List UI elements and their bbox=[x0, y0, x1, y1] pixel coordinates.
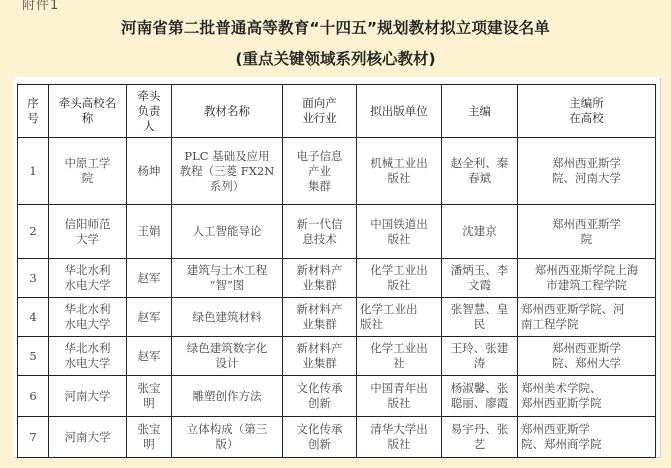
cell-text-line: 创新 bbox=[286, 396, 353, 411]
cell-text-line: 新材料产 bbox=[286, 341, 353, 356]
cell-industry: 新材料产业集群 bbox=[283, 259, 357, 298]
cell-text-line: 立体构成（第三 bbox=[175, 422, 279, 437]
header-text-line: 负责 bbox=[130, 104, 168, 119]
cell-chief-editor: 杨淑馨、张聪丽、廖霞 bbox=[442, 376, 518, 417]
cell-text-line: 明 bbox=[130, 437, 168, 452]
cell-lead-university: 信阳师范大学 bbox=[49, 205, 127, 259]
cell-text-line: 春斌 bbox=[445, 171, 514, 186]
cell-text-line: 中国青年出 bbox=[360, 381, 438, 396]
cell-text-line: 河南大学 bbox=[52, 389, 123, 404]
cell-lead-person: 赵军 bbox=[127, 298, 172, 337]
cell-industry: 新材料产业集群 bbox=[283, 337, 357, 376]
cell-text-line: 明 bbox=[130, 396, 168, 411]
cell-editor-school: 郑州西亚斯学院 bbox=[518, 205, 656, 259]
cell-text-line: 绿色建筑数字化 bbox=[175, 341, 279, 356]
cell-lead-person: 赵军 bbox=[127, 259, 172, 298]
cell-text-line: 杨坤 bbox=[130, 164, 168, 179]
cell-text-line: 业集群 bbox=[286, 317, 353, 332]
header-text-line: 主编 bbox=[445, 104, 514, 119]
cell-text-line: 化学工业出 bbox=[360, 263, 438, 278]
header-text-line: 牵头高校名 bbox=[52, 96, 123, 111]
cell-lead-university: 河南大学 bbox=[49, 376, 127, 417]
cell-industry: 文化传承创新 bbox=[283, 376, 357, 417]
header-no: 序号 bbox=[18, 85, 49, 138]
table-row: 7河南大学张宝明立体构成（第三版）文化传承创新清华大学出版社易宇丹、张艺郑州西亚… bbox=[18, 417, 656, 458]
header-text-line: 业行业 bbox=[286, 111, 353, 126]
cell-no: 7 bbox=[18, 417, 49, 458]
document-subtitle: (重点关键领域系列核心教材) bbox=[0, 47, 671, 69]
cell-lead-university: 河南大学 bbox=[49, 417, 127, 458]
header-publisher: 拟出版单位 bbox=[357, 85, 442, 138]
header-text-line: 序 bbox=[21, 96, 45, 111]
cell-publisher: 化学工业出社 bbox=[357, 337, 442, 376]
cell-text-line: “智”图 bbox=[175, 278, 279, 293]
textbook-project-table: 序号牵头高校名称牵头负责人教材名称面向产业行业拟出版单位主编主编所在高校 1中原… bbox=[17, 84, 656, 458]
cell-text-line: 建筑与土木工程 bbox=[175, 263, 279, 278]
cell-text-line: 院 bbox=[521, 232, 652, 247]
header-text-line: 主编所 bbox=[521, 96, 652, 111]
table-header-row: 序号牵头高校名称牵头负责人教材名称面向产业行业拟出版单位主编主编所在高校 bbox=[18, 85, 656, 138]
cell-text-line: 院 bbox=[52, 171, 123, 186]
cell-text-line: 化学工业出 bbox=[360, 302, 438, 317]
cell-text-line: 版社 bbox=[360, 396, 438, 411]
cell-editor-school: 郑州西亚斯学院、郑州商学院 bbox=[518, 417, 656, 458]
cell-text-line: 新一代信 bbox=[286, 217, 353, 232]
header-textbook-name: 教材名称 bbox=[172, 85, 283, 138]
cell-editor-school: 郑州西亚斯学院上海市建筑工程学院 bbox=[518, 259, 656, 298]
cell-text-line: 华北水利 bbox=[52, 341, 123, 356]
cell-textbook-name: 绿色建筑数字化设计 bbox=[172, 337, 283, 376]
cell-text-line: 设计 bbox=[175, 356, 279, 371]
cell-text-line: 郑州西亚斯学 bbox=[521, 217, 652, 232]
attachment-label: 附件1 bbox=[22, 0, 59, 13]
cell-text-line: 南工程学院 bbox=[521, 317, 652, 332]
cell-text-line: 涛 bbox=[445, 356, 514, 371]
table-row: 5华北水利水电大学赵军绿色建筑数字化设计新材料产业集群化学工业出社王玲、张建涛郑… bbox=[18, 337, 656, 376]
cell-text-line: 化学工业出 bbox=[360, 341, 438, 356]
cell-text-line: 文霞 bbox=[445, 278, 514, 293]
cell-lead-person: 杨坤 bbox=[127, 138, 172, 205]
header-editor-school: 主编所在高校 bbox=[518, 85, 656, 138]
cell-text-line: 华北水利 bbox=[52, 302, 123, 317]
cell-industry: 电子信息产业集群 bbox=[283, 138, 357, 205]
cell-text-line: 版社 bbox=[360, 278, 438, 293]
cell-text-line: 水电大学 bbox=[52, 356, 123, 371]
cell-text-line: 郑州西亚斯学 bbox=[521, 156, 652, 171]
cell-industry: 新一代信息技术 bbox=[283, 205, 357, 259]
cell-text-line: 人工智能导论 bbox=[175, 224, 279, 239]
cell-textbook-name: 雕塑创作方法 bbox=[172, 376, 283, 417]
cell-text-line: 艺 bbox=[445, 437, 514, 452]
cell-text-line: 水电大学 bbox=[52, 278, 123, 293]
cell-lead-person: 赵军 bbox=[127, 337, 172, 376]
cell-textbook-name: 立体构成（第三版） bbox=[172, 417, 283, 458]
cell-textbook-name: PLC 基础及应用教程（三菱 FX2N系列） bbox=[172, 138, 283, 205]
cell-chief-editor: 潘炳玉、李文霞 bbox=[442, 259, 518, 298]
cell-text-line: 郑州西亚斯学院、河 bbox=[521, 302, 652, 317]
cell-text-line: 清华大学出 bbox=[360, 422, 438, 437]
header-text-line: 称 bbox=[52, 111, 123, 126]
cell-text-line: 社 bbox=[360, 356, 438, 371]
cell-text-line: 文化传承 bbox=[286, 422, 353, 437]
cell-text-line: 集群 bbox=[286, 179, 353, 194]
cell-text-line: 张宝 bbox=[130, 422, 168, 437]
cell-publisher: 清华大学出版社 bbox=[357, 417, 442, 458]
cell-text-line: 张智慧、皇 bbox=[445, 302, 514, 317]
header-text-line: 拟出版单位 bbox=[360, 104, 438, 119]
cell-text-line: 绿色建筑材料 bbox=[175, 310, 279, 325]
header-chief-editor: 主编 bbox=[442, 85, 518, 138]
table-row: 6河南大学张宝明雕塑创作方法文化传承创新中国青年出版社杨淑馨、张聪丽、廖霞郑州美… bbox=[18, 376, 656, 417]
table-row: 1中原工学院杨坤PLC 基础及应用教程（三菱 FX2N系列）电子信息产业集群机械… bbox=[18, 138, 656, 205]
cell-chief-editor: 易宇丹、张艺 bbox=[442, 417, 518, 458]
cell-text-line: 郑州西亚斯学院 bbox=[521, 396, 652, 411]
cell-text-line: 产业 bbox=[286, 164, 353, 179]
cell-lead-university: 华北水利水电大学 bbox=[49, 337, 127, 376]
cell-text-line: 赵军 bbox=[130, 310, 168, 325]
cell-chief-editor: 赵全利、秦春斌 bbox=[442, 138, 518, 205]
cell-text-line: 院、河南大学 bbox=[521, 171, 652, 186]
cell-industry: 文化传承创新 bbox=[283, 417, 357, 458]
cell-text-line: 版社 bbox=[360, 437, 438, 452]
cell-text-line: 系列） bbox=[175, 179, 279, 194]
cell-text-line: 张宝 bbox=[130, 381, 168, 396]
cell-text-line: 文化传承 bbox=[286, 381, 353, 396]
header-lead-person: 牵头负责人 bbox=[127, 85, 172, 138]
cell-text-line: 版社 bbox=[360, 171, 438, 186]
cell-text-line: 易宇丹、张 bbox=[445, 422, 514, 437]
cell-text-line: 业集群 bbox=[286, 278, 353, 293]
cell-text-line: PLC 基础及应用 bbox=[175, 149, 279, 164]
cell-text-line: 潘炳玉、李 bbox=[445, 263, 514, 278]
cell-industry: 新材料产业集群 bbox=[283, 298, 357, 337]
cell-no: 1 bbox=[18, 138, 49, 205]
cell-text-line: 版） bbox=[175, 437, 279, 452]
header-industry: 面向产业行业 bbox=[283, 85, 357, 138]
cell-text-line: 王娟 bbox=[130, 224, 168, 239]
table-row: 3华北水利水电大学赵军建筑与土木工程“智”图新材料产业集群化学工业出版社潘炳玉、… bbox=[18, 259, 656, 298]
cell-editor-school: 郑州西亚斯学院、河南大学 bbox=[518, 138, 656, 205]
cell-textbook-name: 绿色建筑材料 bbox=[172, 298, 283, 337]
cell-text-line: 院、郑州大学 bbox=[521, 356, 652, 371]
header-text-line: 在高校 bbox=[521, 111, 652, 126]
cell-text-line: 中原工学 bbox=[52, 156, 123, 171]
cell-text-line: 业集群 bbox=[286, 356, 353, 371]
cell-text-line: 机械工业出 bbox=[360, 156, 438, 171]
header-text-line: 教材名称 bbox=[175, 104, 279, 119]
cell-chief-editor: 沈建京 bbox=[442, 205, 518, 259]
cell-text-line: 赵全利、秦 bbox=[445, 156, 514, 171]
cell-text-line: 版社 bbox=[360, 317, 438, 332]
cell-text-line: 郑州西亚斯学 bbox=[521, 341, 652, 356]
cell-text-line: 信阳师范 bbox=[52, 217, 123, 232]
cell-publisher: 中国铁道出版社 bbox=[357, 205, 442, 259]
cell-text-line: 新材料产 bbox=[286, 302, 353, 317]
cell-text-line: 电子信息 bbox=[286, 149, 353, 164]
cell-no: 2 bbox=[18, 205, 49, 259]
cell-text-line: 水电大学 bbox=[52, 317, 123, 332]
cell-text-line: 教程（三菱 FX2N bbox=[175, 164, 279, 179]
cell-editor-school: 郑州美术学院、郑州西亚斯学院 bbox=[518, 376, 656, 417]
cell-text-line: 赵军 bbox=[130, 271, 168, 286]
cell-text-line: 大学 bbox=[52, 232, 123, 247]
cell-lead-person: 张宝明 bbox=[127, 376, 172, 417]
cell-lead-person: 王娟 bbox=[127, 205, 172, 259]
cell-text-line: 赵军 bbox=[130, 349, 168, 364]
cell-text-line: 沈建京 bbox=[445, 224, 514, 239]
cell-text-line: 杨淑馨、张 bbox=[445, 381, 514, 396]
cell-text-line: 郑州美术学院、 bbox=[521, 381, 652, 396]
table-row: 4华北水利水电大学赵军绿色建筑材料新材料产业集群化学工业出版社张智慧、皇民郑州西… bbox=[18, 298, 656, 337]
cell-text-line: 新材料产 bbox=[286, 263, 353, 278]
cell-lead-university: 华北水利水电大学 bbox=[49, 259, 127, 298]
header-text-line: 面向产 bbox=[286, 96, 353, 111]
header-text-line: 人 bbox=[130, 119, 168, 134]
table-row: 2信阳师范大学王娟人工智能导论新一代信息技术中国铁道出版社沈建京郑州西亚斯学院 bbox=[18, 205, 656, 259]
cell-editor-school: 郑州西亚斯学院、郑州大学 bbox=[518, 337, 656, 376]
cell-lead-university: 华北水利水电大学 bbox=[49, 298, 127, 337]
cell-chief-editor: 王玲、张建涛 bbox=[442, 337, 518, 376]
cell-text-line: 院、郑州商学院 bbox=[521, 437, 652, 452]
cell-text-line: 雕塑创作方法 bbox=[175, 389, 279, 404]
cell-lead-person: 张宝明 bbox=[127, 417, 172, 458]
cell-no: 4 bbox=[18, 298, 49, 337]
cell-no: 3 bbox=[18, 259, 49, 298]
cell-text-line: 息技术 bbox=[286, 232, 353, 247]
cell-publisher: 中国青年出版社 bbox=[357, 376, 442, 417]
cell-text-line: 聪丽、廖霞 bbox=[445, 396, 514, 411]
cell-text-line: 河南大学 bbox=[52, 430, 123, 445]
cell-no: 6 bbox=[18, 376, 49, 417]
cell-text-line: 创新 bbox=[286, 437, 353, 452]
cell-text-line: 民 bbox=[445, 317, 514, 332]
cell-publisher: 化学工业出版社 bbox=[357, 259, 442, 298]
cell-editor-school: 郑州西亚斯学院、河南工程学院 bbox=[518, 298, 656, 337]
cell-text-line: 郑州西亚斯学院上海 bbox=[521, 263, 652, 278]
cell-text-line: 郑州西亚斯学 bbox=[521, 422, 652, 437]
cell-text-line: 王玲、张建 bbox=[445, 341, 514, 356]
cell-textbook-name: 建筑与土木工程“智”图 bbox=[172, 259, 283, 298]
header-lead-university: 牵头高校名称 bbox=[49, 85, 127, 138]
cell-text-line: 市建筑工程学院 bbox=[521, 278, 652, 293]
header-text-line: 牵头 bbox=[130, 89, 168, 104]
cell-lead-university: 中原工学院 bbox=[49, 138, 127, 205]
cell-chief-editor: 张智慧、皇民 bbox=[442, 298, 518, 337]
cell-text-line: 华北水利 bbox=[52, 263, 123, 278]
cell-textbook-name: 人工智能导论 bbox=[172, 205, 283, 259]
cell-publisher: 化学工业出版社 bbox=[357, 298, 442, 337]
cell-text-line: 版社 bbox=[360, 232, 438, 247]
document-title: 河南省第二批普通高等教育“十四五”规划教材拟立项建设名单 bbox=[0, 16, 671, 38]
header-text-line: 号 bbox=[21, 111, 45, 126]
cell-text-line: 中国铁道出 bbox=[360, 217, 438, 232]
cell-publisher: 机械工业出版社 bbox=[357, 138, 442, 205]
cell-no: 5 bbox=[18, 337, 49, 376]
